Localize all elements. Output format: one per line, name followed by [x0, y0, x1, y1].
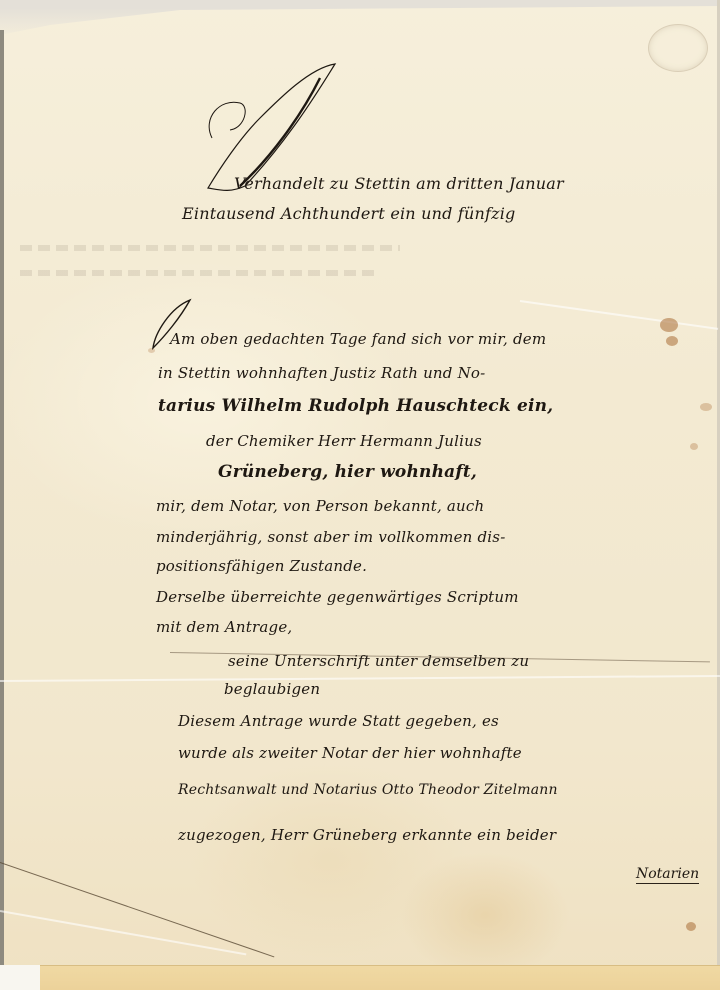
heading-line-1: Verhandelt zu Stettin am dritten Januar: [234, 174, 564, 193]
bleed-through-line: [20, 245, 400, 251]
body-line: mit dem Antrage,: [156, 618, 292, 636]
foxing-stain: [666, 336, 678, 346]
body-line: in Stettin wohnhaften Justiz Rath und No…: [158, 364, 485, 382]
paper-crease-diagonal: [0, 862, 274, 957]
foxing-stain: [660, 318, 678, 332]
body-line: der Chemiker Herr Hermann Julius: [206, 432, 482, 450]
foxing-stain: [686, 922, 696, 931]
body-line: positionsfähigen Zustande.: [156, 557, 367, 575]
paper-fold: [520, 300, 718, 330]
body-line: zugezogen, Herr Grüneberg erkannte ein b…: [178, 826, 556, 844]
body-line: Rechtsanwalt und Notarius Otto Theodor Z…: [178, 782, 558, 798]
body-line-name: tarius Wilhelm Rudolph Hauschteck ein,: [158, 396, 553, 416]
underlying-page-edge: [40, 965, 720, 990]
scan-background: [0, 965, 40, 990]
body-line: minderjährig, sonst aber im vollkommen d…: [156, 528, 505, 546]
paper-fold: [0, 675, 720, 682]
foxing-stain: [690, 443, 698, 450]
heading-line-2: Eintausend Achthundert ein und fünfzig: [182, 204, 515, 223]
signature-fragment: Notarien: [636, 866, 699, 884]
embossed-seal: [648, 24, 708, 72]
body-line-name: Grüneberg, hier wohnhaft,: [218, 462, 477, 482]
body-line: beglaubigen: [224, 680, 320, 698]
body-line: seine Unterschrift unter demselben zu: [228, 652, 529, 670]
body-line: mir, dem Notar, von Person bekannt, auch: [156, 497, 484, 515]
body-line: Am oben gedachten Tage fand sich vor mir…: [170, 330, 546, 348]
document-page: Verhandelt zu Stettin am dritten Januar …: [0, 0, 720, 990]
ornate-initial-a: [145, 298, 205, 358]
scan-left-edge: [0, 30, 4, 970]
body-line: wurde als zweiter Notar der hier wohnhaf…: [178, 744, 522, 762]
paper-curl: [0, 0, 720, 40]
body-line: Derselbe überreichte gegenwärtiges Scrip…: [156, 588, 519, 606]
paper-fold: [0, 910, 246, 955]
bleed-through-line: [20, 270, 380, 276]
foxing-stain: [700, 403, 712, 411]
body-line: Diesem Antrage wurde Statt gegeben, es: [178, 712, 499, 730]
